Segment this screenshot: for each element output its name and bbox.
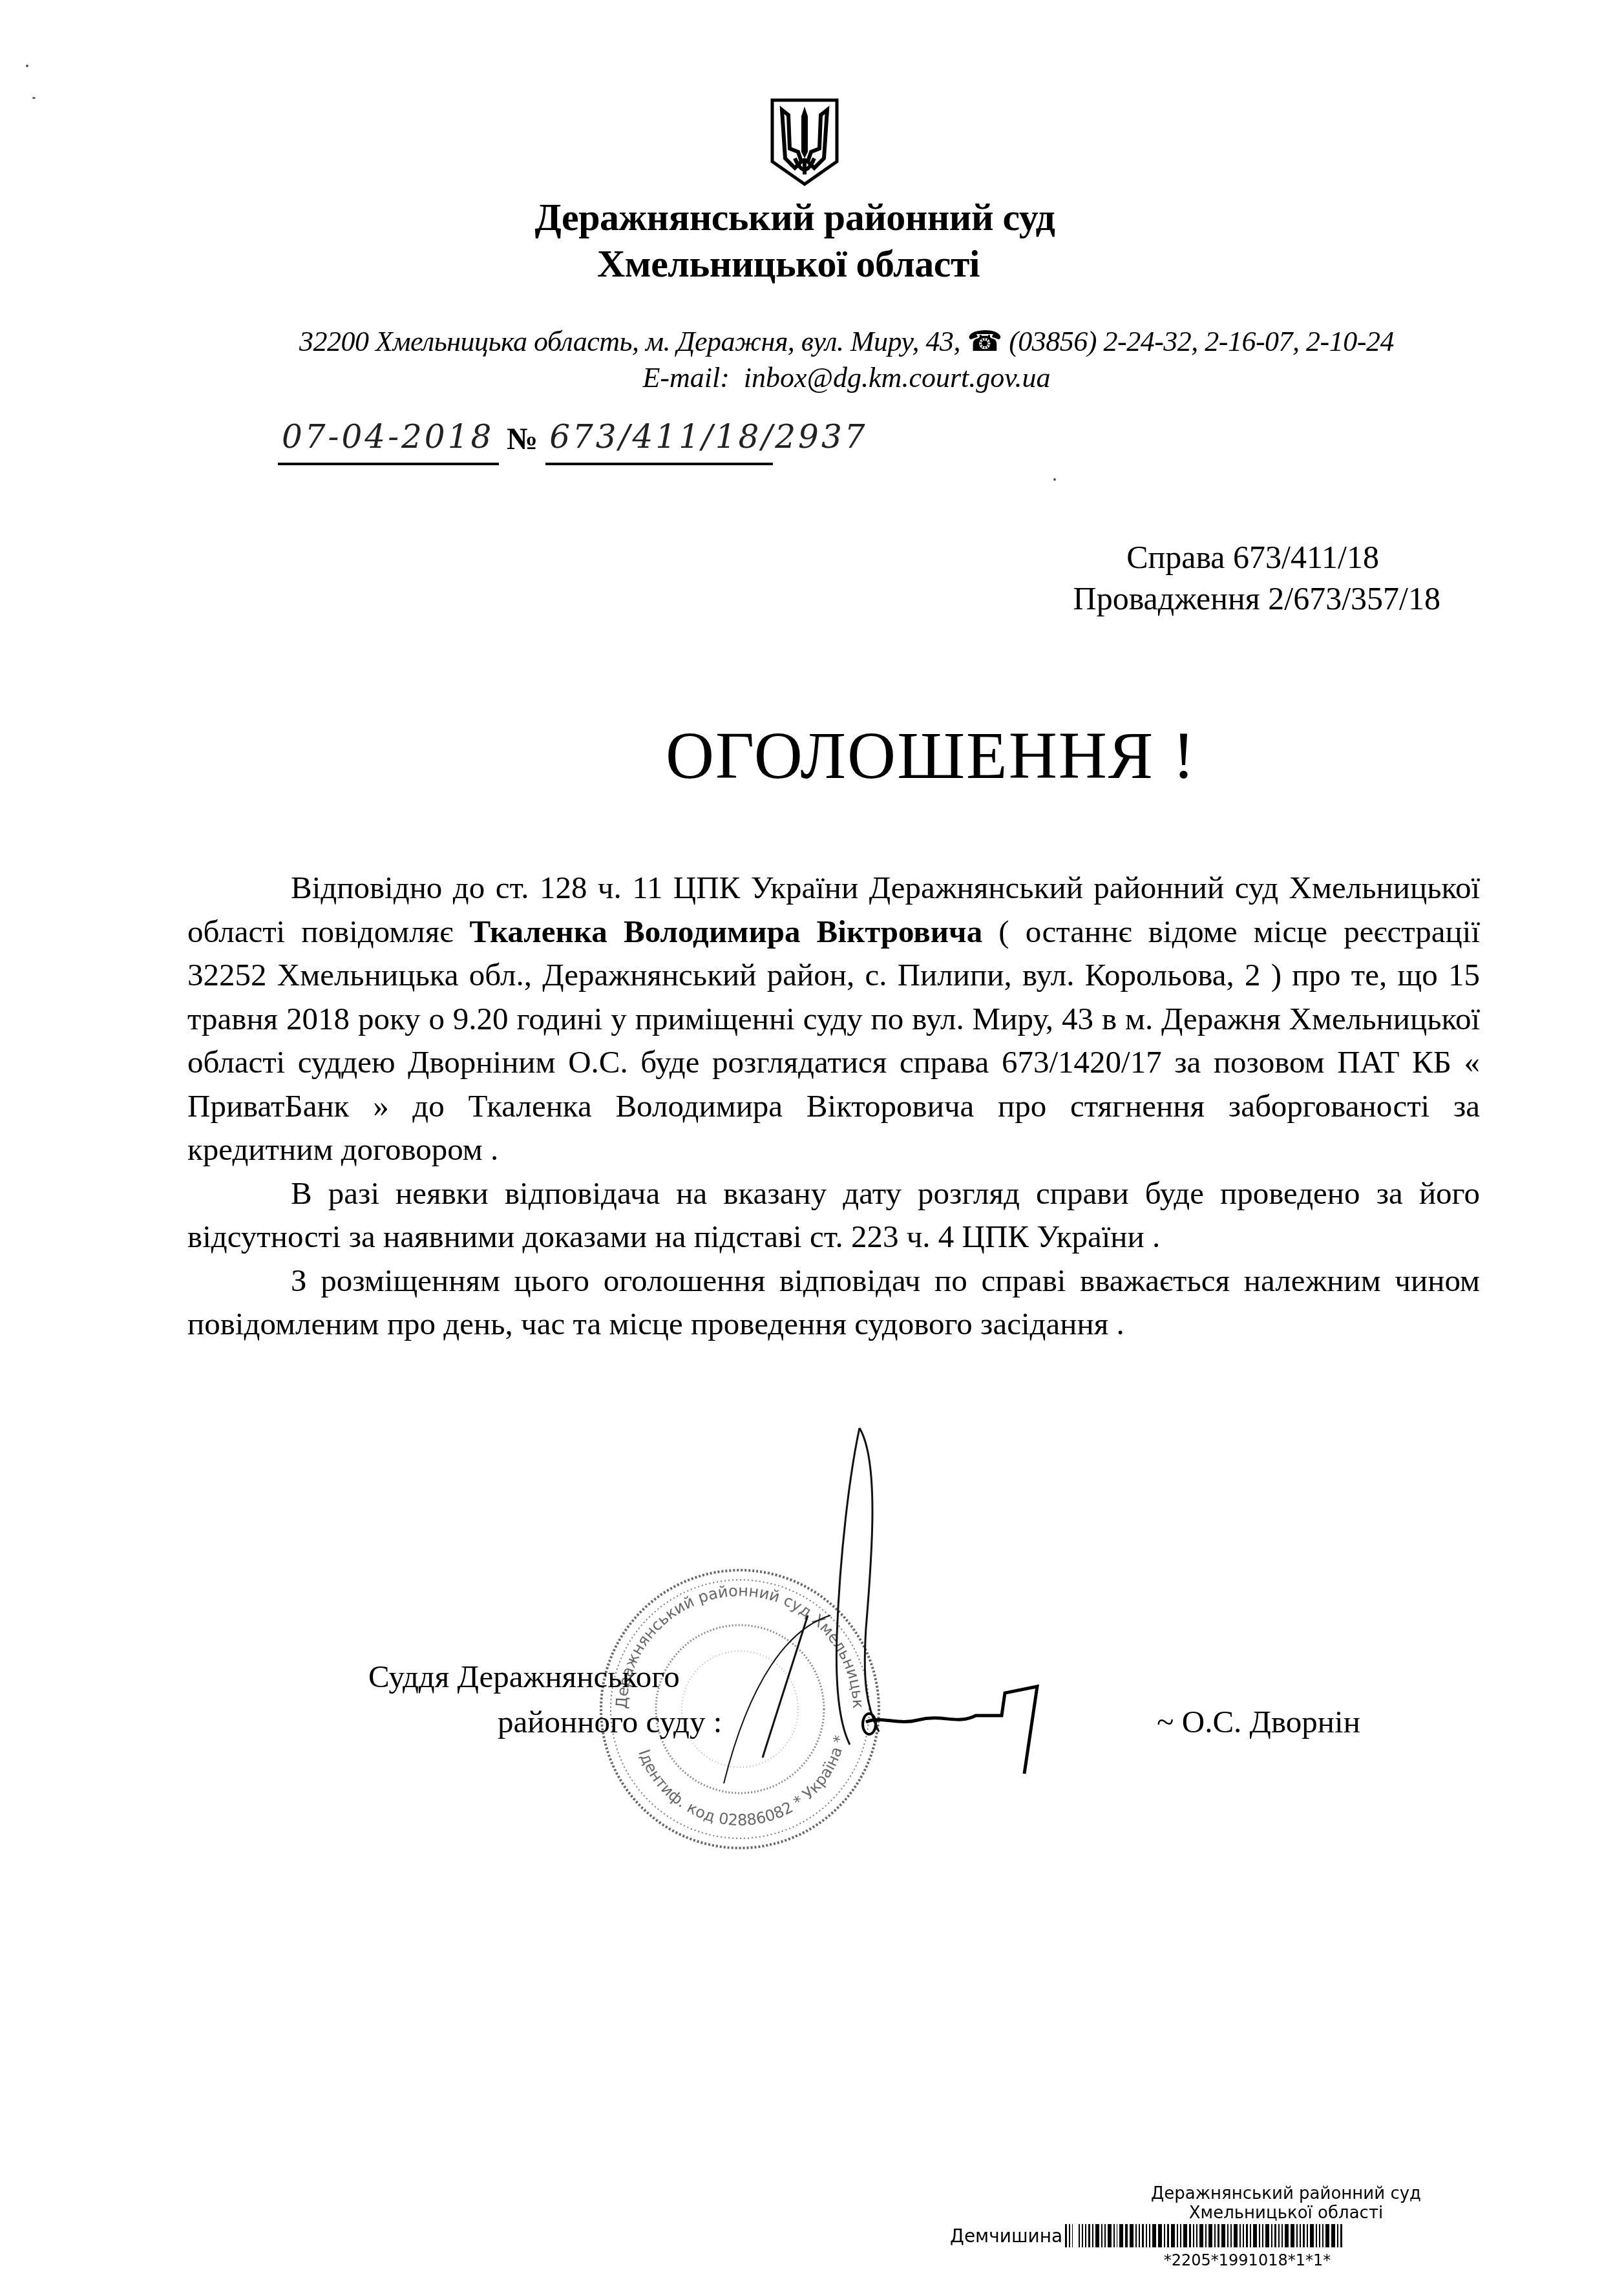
court-email-line: E-mail: inbox@dg.km.court.gov.ua bbox=[246, 359, 1448, 397]
phone-icon: ☎ bbox=[967, 326, 1002, 357]
case-reference: Справа 673/411/18 Провадження 2/673/357/… bbox=[1073, 536, 1440, 619]
scan-speck bbox=[1053, 478, 1056, 481]
outgoing-reg-number: 673/411/18/2937 bbox=[545, 411, 773, 465]
outgoing-number: 07-04-2018 № 673/411/18/2937 bbox=[278, 414, 773, 465]
signature-title-line1: Суддя Деражнянського bbox=[368, 1654, 722, 1699]
proceeding-number: Провадження 2/673/357/18 bbox=[1073, 578, 1440, 619]
phone-numbers: (03856) 2-24-32, 2-16-07, 2-10-24 bbox=[1009, 326, 1394, 357]
barcode-number: *2205*1991018*1*1* bbox=[1086, 2251, 1409, 2269]
number-sign: № bbox=[507, 414, 538, 465]
coat-of-arms-icon bbox=[769, 97, 840, 187]
email-address[interactable]: inbox@dg.km.court.gov.ua bbox=[744, 362, 1051, 394]
clerk-name: Демчишина bbox=[950, 2225, 1062, 2247]
scan-speck bbox=[26, 65, 28, 67]
document-title: ОГОЛОШЕННЯ ! bbox=[666, 717, 1196, 795]
court-name-line1: Деражнянський районний суд bbox=[0, 194, 1590, 240]
court-name-line2: Хмельницької області bbox=[0, 240, 1577, 287]
signature-title-line2: районного суду : bbox=[368, 1699, 722, 1745]
paragraph-1: Відповідно до ст. 128 ч. 11 ЦПК України … bbox=[187, 866, 1480, 1171]
barcode-row: Демчишина bbox=[950, 2223, 1344, 2249]
judge-name: ~ О.С. Дворнін bbox=[1157, 1699, 1360, 1745]
paragraph-2: В разі неявки відповідача на вказану дат… bbox=[187, 1171, 1480, 1259]
paragraph-3: З розміщенням цього оголошення відповіда… bbox=[187, 1259, 1480, 1346]
announcement-body: Відповідно до ст. 128 ч. 11 ЦПК України … bbox=[187, 866, 1480, 1346]
barcode-icon bbox=[1065, 2224, 1344, 2247]
outgoing-date: 07-04-2018 bbox=[278, 411, 499, 465]
court-address: 32200 Хмельницька область, м. Деражня, в… bbox=[246, 323, 1448, 361]
email-label: E-mail: bbox=[642, 362, 729, 394]
judge-signature bbox=[711, 1422, 1150, 1809]
defendant-name: Ткаленка Володимира Віктровича bbox=[469, 914, 982, 949]
footer-court-label: Деражнянський районний суд Хмельницької … bbox=[1060, 2184, 1512, 2223]
signature-block: Суддя Деражнянського районного суду : bbox=[368, 1654, 722, 1745]
scan-speck bbox=[32, 97, 36, 99]
case-number: Справа 673/411/18 bbox=[1073, 536, 1440, 578]
address-text: 32200 Хмельницька область, м. Деражня, в… bbox=[299, 326, 960, 357]
